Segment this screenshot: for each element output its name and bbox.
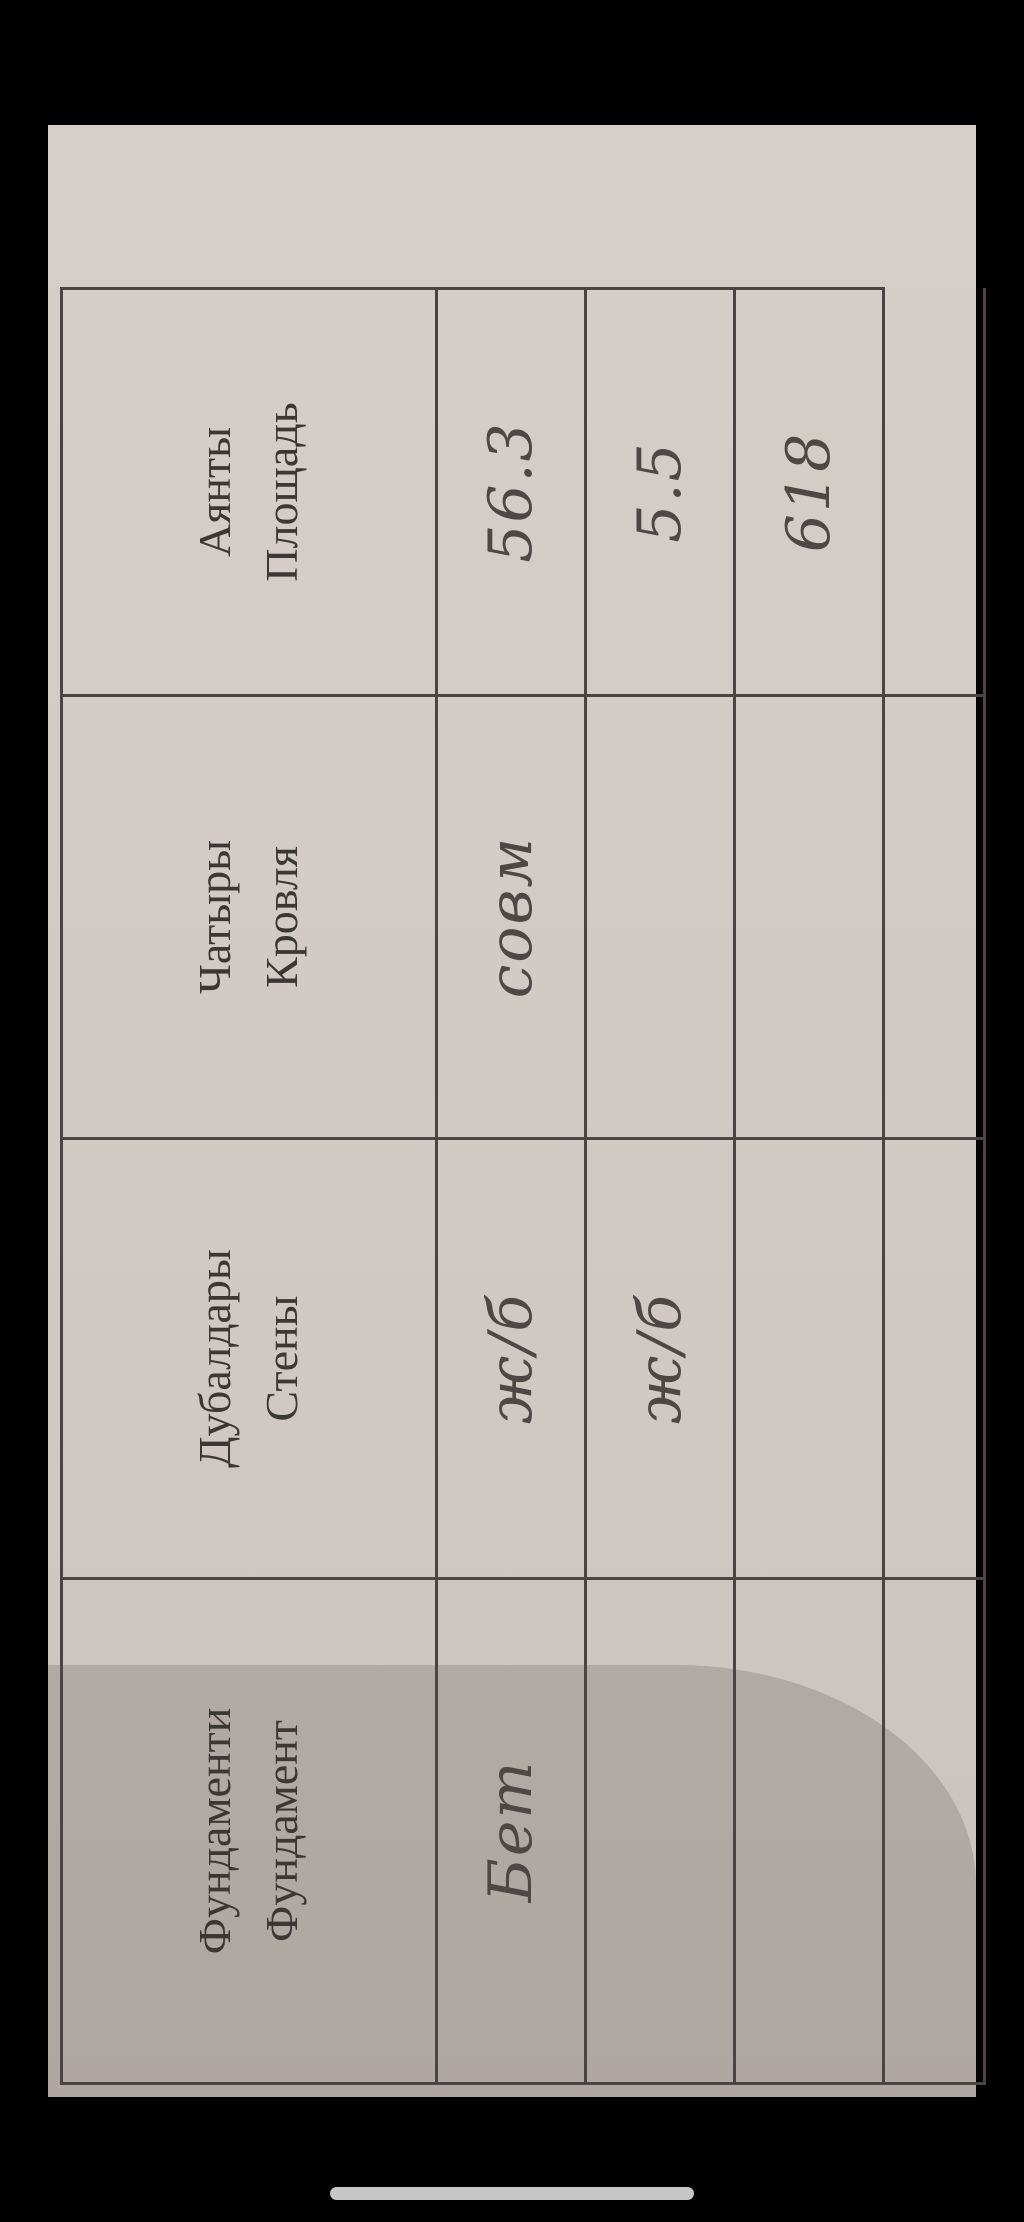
cell-foundation: Бет <box>437 1579 586 2084</box>
cell-area: 5.5 <box>586 289 735 696</box>
header-walls: ДубалдарыСтены <box>62 1139 437 1579</box>
cell-area <box>884 289 985 696</box>
cell-foundation <box>586 1579 735 2084</box>
table-row <box>884 289 985 2084</box>
building-characteristics-table: ФундаментиФундамент ДубалдарыСтены Чатыр… <box>60 287 986 2085</box>
table-row: Бет ж/б совм 56.3 <box>437 289 586 2084</box>
cell-walls <box>884 1139 985 1579</box>
table-row: ж/б 5.5 <box>586 289 735 2084</box>
table-row: 618 <box>735 289 884 2084</box>
cell-area: 618 <box>735 289 884 696</box>
cell-foundation <box>884 1579 985 2084</box>
cell-area: 56.3 <box>437 289 586 696</box>
rotated-form-table: ФундаментиФундамент ДубалдарыСтены Чатыр… <box>60 290 976 2085</box>
cell-roof <box>884 696 985 1139</box>
header-roof: ЧатырыКровля <box>62 696 437 1139</box>
table-header-row: ФундаментиФундамент ДубалдарыСтены Чатыр… <box>62 289 437 2084</box>
cell-walls <box>735 1139 884 1579</box>
cell-walls: ж/б <box>586 1139 735 1579</box>
header-foundation: ФундаментиФундамент <box>62 1579 437 2084</box>
home-indicator[interactable] <box>330 2187 694 2200</box>
header-area: АянтыПлощадь <box>62 289 437 696</box>
cell-roof: совм <box>437 696 586 1139</box>
cell-roof <box>735 696 884 1139</box>
cell-walls: ж/б <box>437 1139 586 1579</box>
cell-foundation <box>735 1579 884 2084</box>
cell-roof <box>586 696 735 1139</box>
